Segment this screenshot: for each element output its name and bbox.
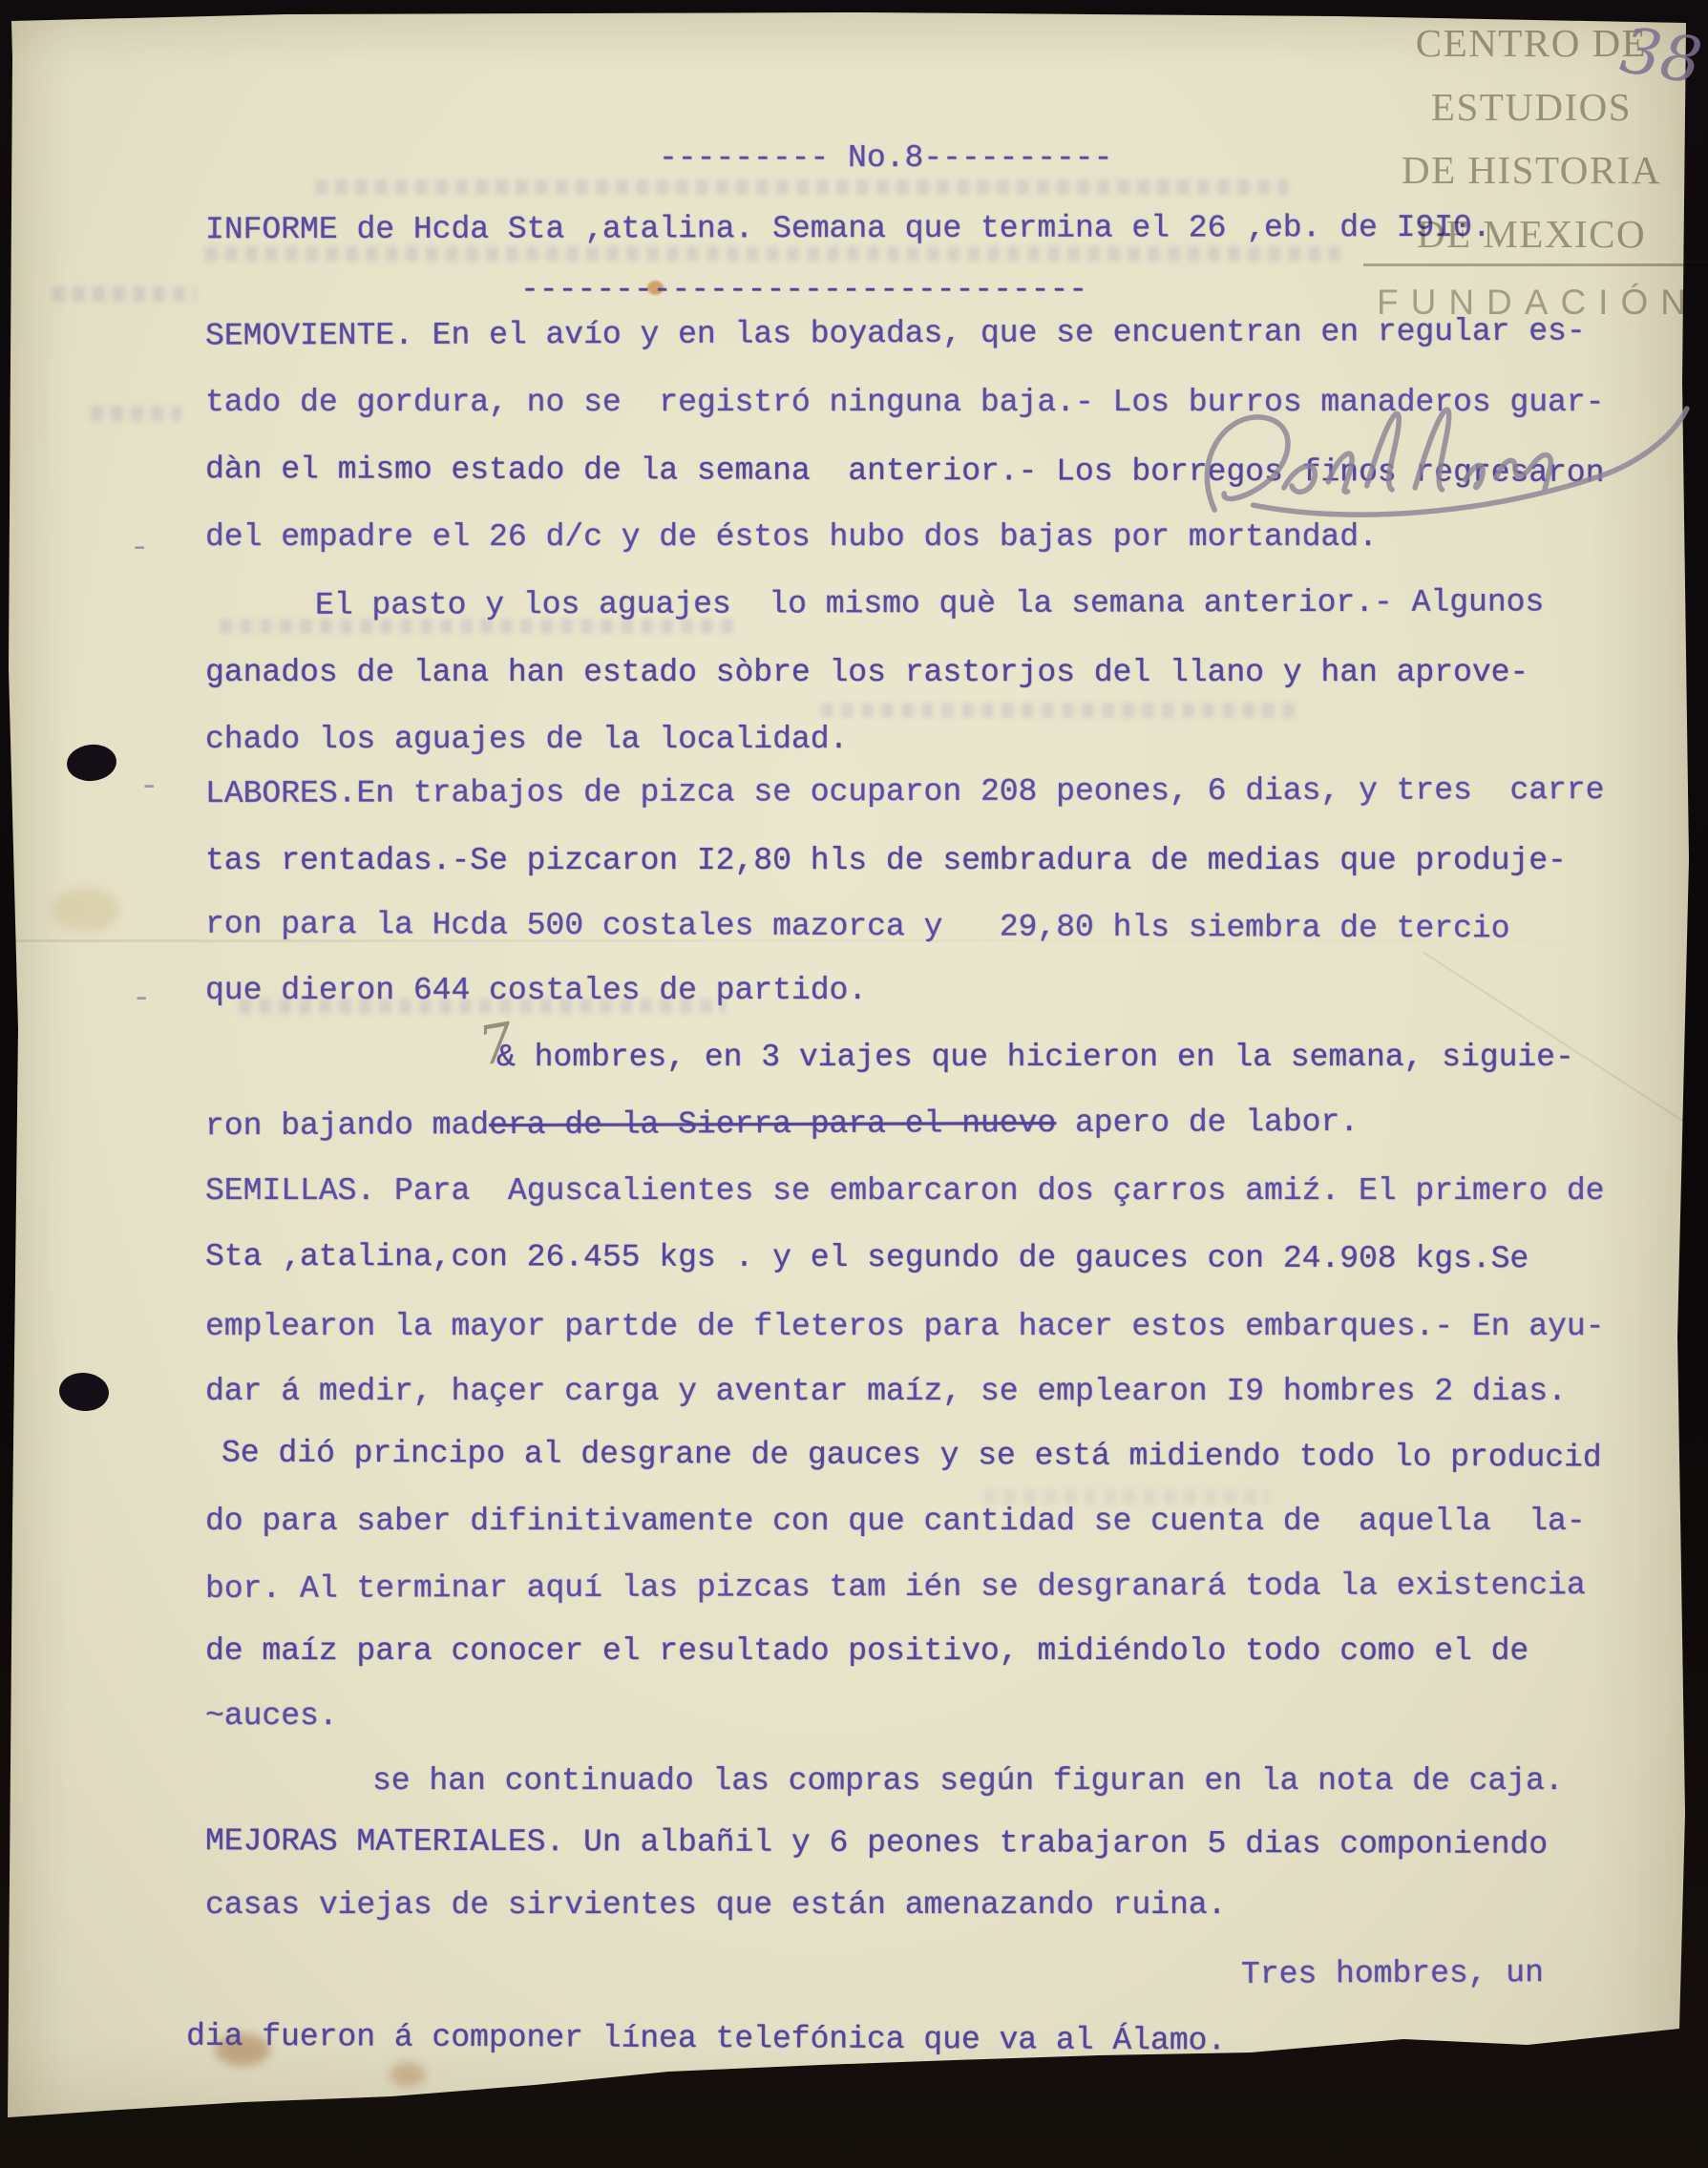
typewritten-line: de maíz para conocer el resultado positi… (205, 1634, 1529, 1669)
typewritten-line: LABORES.En trabajos de pizca se ocuparon… (205, 773, 1605, 811)
typewritten-text: --------- No.8----------INFORME de Hcda … (0, 0, 1708, 2168)
typewritten-line: emplearon la mayor partde de fleteros pa… (205, 1310, 1604, 1344)
stain (1499, 2086, 1575, 2128)
typewritten-line: INFORME de Hcda Sta ‚atalina. Semana que… (205, 211, 1491, 247)
handwritten-seven: 7 (474, 1011, 518, 1078)
typewritten-line: Tres hombres, un (1241, 1956, 1544, 1992)
typewritten-line: & hombres, en 3 viajes que hicieron en l… (496, 1041, 1574, 1075)
margin-dash-mark: - (139, 769, 158, 806)
typewritten-line: ------------------------------ (520, 273, 1087, 307)
corner-crease (1423, 952, 1708, 1151)
margin-dash-mark: - (132, 981, 151, 1018)
stain (647, 281, 664, 295)
typewritten-line: Sta ‚atalina,con 26.455 kgs . y el segun… (205, 1240, 1529, 1276)
typewritten-line: ron para la Hcda 500 costales mazorca y … (205, 908, 1510, 947)
stain (215, 2033, 270, 2066)
typewritten-line: que dieron 644 costales de partido. (205, 974, 867, 1008)
typewritten-line: ~auces. (205, 1699, 338, 1734)
typewritten-line: do para saber difinitivamente con que ca… (205, 1505, 1586, 1539)
watermark-divider (1363, 263, 1708, 266)
typewritten-line: tas rentadas.-Se pizcaron I2,80 hls de s… (205, 844, 1567, 878)
typewritten-line: casas viejas de sirvientes que están ame… (205, 1888, 1226, 1923)
typewritten-line: ganados de lana han estado sòbre los ras… (205, 656, 1529, 690)
bleed-through-smudge (220, 619, 735, 634)
bleed-through-smudge (53, 286, 196, 302)
typewritten-line: bor. Al terminar aquí las pizcas tam ién… (205, 1568, 1586, 1607)
stain (53, 888, 119, 932)
scan-background: --------- No.8----------INFORME de Hcda … (0, 0, 1708, 2168)
archive-page-number: 38 (1615, 13, 1706, 98)
bleed-through-smudge (91, 406, 181, 421)
typewritten-line: El pasto y los aguajes lo mismo què la s… (315, 585, 1544, 622)
typewritten-line: dar á medir, haçer carga y aventar maíz,… (205, 1375, 1567, 1409)
bleed-through-smudge (239, 999, 726, 1014)
margin-dash-mark: - (130, 531, 149, 567)
typewritten-line: MEJORAS MATERIALES. Un albañil y 6 peone… (205, 1824, 1548, 1863)
signature (1195, 349, 1697, 545)
foundation-watermark: FUNDACIÓN (1377, 283, 1698, 323)
typewritten-line: se han continuado las compras según figu… (372, 1764, 1564, 1799)
bleed-through-smudge (983, 1489, 1270, 1505)
bleed-through-smudge (205, 246, 1341, 262)
typewritten-line: chado los aguajes de la localidad. (205, 723, 848, 757)
typewritten-line: Se dió principo al desgrane de gauces y … (221, 1436, 1602, 1475)
bleed-through-smudge (315, 179, 1289, 195)
typewritten-line: SEMILLAS. Para Aguscalientes se embarcar… (205, 1174, 1604, 1209)
watermark-line: DE HISTORIA (1363, 138, 1699, 202)
stain (390, 2062, 426, 2087)
bleed-through-smudge (821, 703, 1298, 718)
typewritten-line: --------- No.8---------- (659, 141, 1112, 176)
fold-crease (0, 939, 1708, 942)
typewritten-line: ron bajando madera de la Sierra para el … (205, 1105, 1359, 1144)
paper: --------- No.8----------INFORME de Hcda … (0, 0, 1708, 2168)
watermark-line: DE MEXICO (1363, 202, 1699, 266)
typewritten-line: dia fueron á componer línea telefónica q… (186, 2020, 1226, 2059)
